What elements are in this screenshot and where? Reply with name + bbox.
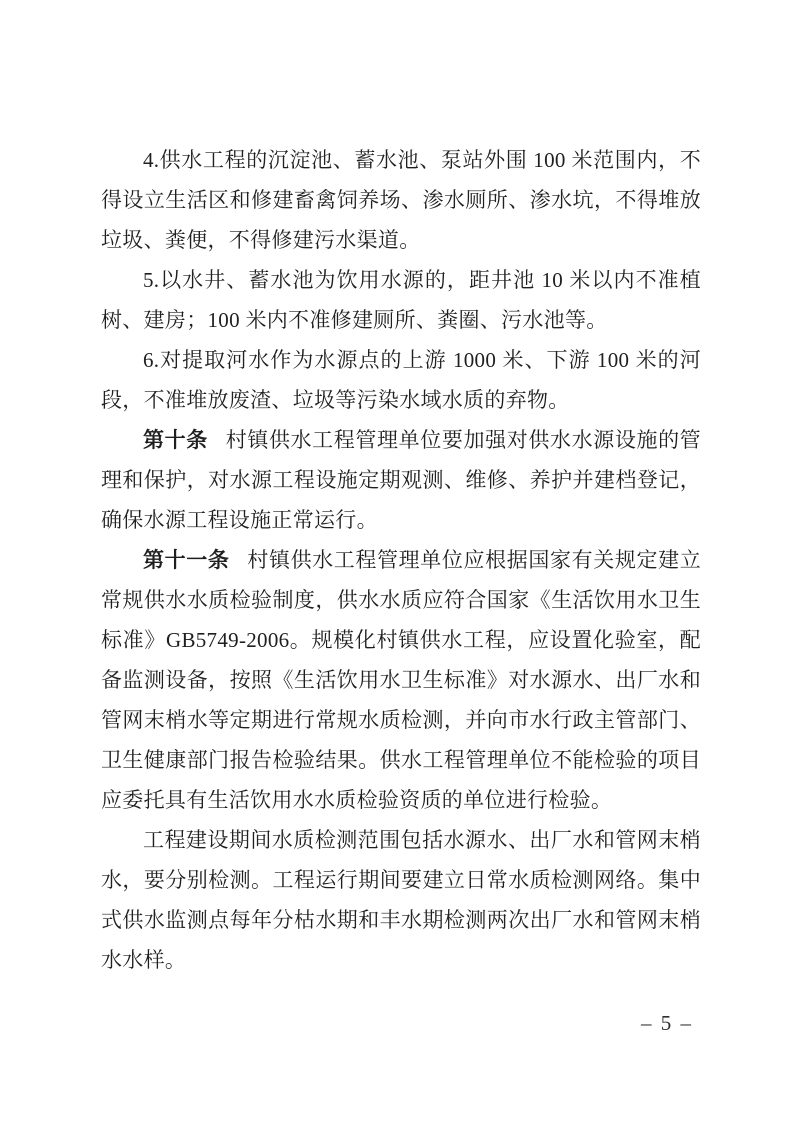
paragraph: 5.以水井、蓄水池为饮用水源的，距井池 10 米以内不准植树、建房；100 米内…	[101, 260, 701, 340]
document-page: 4.供水工程的沉淀池、蓄水池、泵站外围 100 米范围内，不得设立生活区和修建畜…	[0, 0, 793, 1122]
paragraph-text: 村镇供水工程管理单位应根据国家有关规定建立常规供水水质检验制度，供水水质应符合国…	[101, 548, 701, 812]
document-body: 4.供水工程的沉淀池、蓄水池、泵站外围 100 米范围内，不得设立生活区和修建畜…	[101, 140, 701, 980]
paragraph-text: 5.以水井、蓄水池为饮用水源的，距井池 10 米以内不准植树、建房；100 米内…	[101, 268, 701, 332]
paragraph-text: 工程建设期间水质检测范围包括水源水、出厂水和管网末梢水，要分别检测。工程运行期间…	[101, 828, 701, 972]
paragraph: 4.供水工程的沉淀池、蓄水池、泵站外围 100 米范围内，不得设立生活区和修建畜…	[101, 140, 701, 260]
article-number: 第十一条	[143, 548, 229, 572]
paragraph: 工程建设期间水质检测范围包括水源水、出厂水和管网末梢水，要分别检测。工程运行期间…	[101, 820, 701, 980]
article-number: 第十条	[143, 428, 208, 452]
paragraph-text: 6.对提取河水作为水源点的上游 1000 米、下游 100 米的河段，不准堆放废…	[101, 348, 701, 412]
paragraph: 6.对提取河水作为水源点的上游 1000 米、下游 100 米的河段，不准堆放废…	[101, 340, 701, 420]
page-number: – 5 –	[641, 1008, 693, 1038]
paragraph-text: 4.供水工程的沉淀池、蓄水池、泵站外围 100 米范围内，不得设立生活区和修建畜…	[101, 148, 701, 252]
paragraph: 第十条村镇供水工程管理单位要加强对供水水源设施的管理和保护，对水源工程设施定期观…	[101, 420, 701, 540]
paragraph: 第十一条村镇供水工程管理单位应根据国家有关规定建立常规供水水质检验制度，供水水质…	[101, 540, 701, 820]
